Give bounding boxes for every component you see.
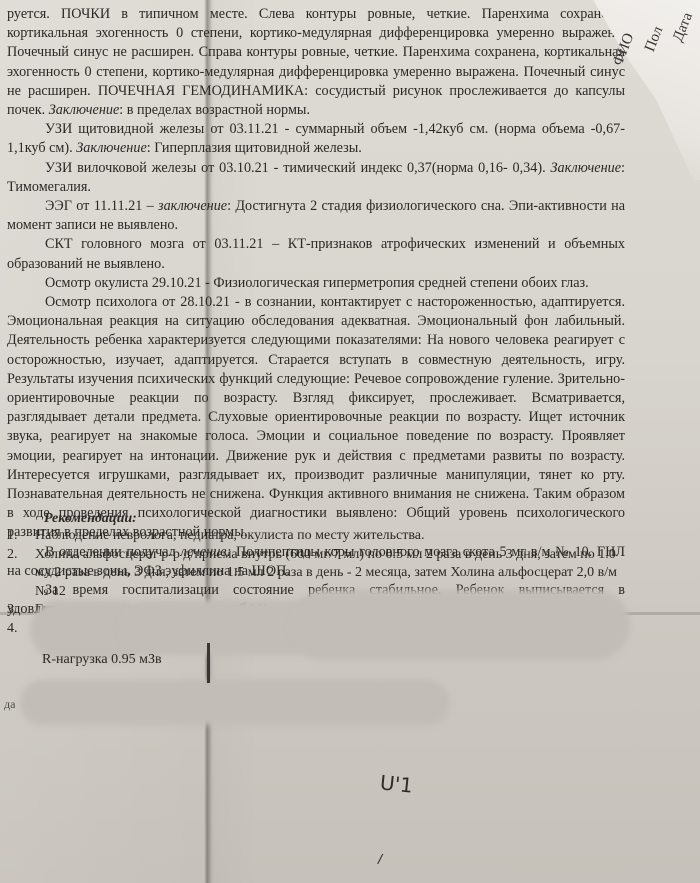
recommendation-number: 3. (7, 601, 35, 620)
pen-mark (207, 643, 210, 683)
handwritten-note: U'1 (379, 770, 414, 797)
paragraph-ophthalmologist: Осмотр окулиста 29.10.21 - Физиологическ… (7, 274, 625, 293)
radiation-load: R-нагрузка 0.95 мЗв (42, 652, 162, 668)
paragraph-text: УЗИ вилочковой железы от 03.10.21 - тими… (45, 160, 551, 176)
paragraph-text: СКТ головного мозга от 03.11.21 – КТ-при… (7, 236, 625, 271)
recommendation-number: 2. (7, 546, 35, 602)
flap-label-sex: Пол (642, 24, 667, 54)
flap-labels: ФИО Пол Дата (600, 4, 696, 64)
paragraph-text: : Гиперплазия щитовидной железы. (147, 140, 362, 156)
recommendation-item: 1.Наблюдение невролога, педиатра, окулис… (7, 527, 627, 546)
italic-label: заключение (158, 198, 227, 214)
paragraph-text: Осмотр психолога от 28.10.21 - в сознани… (7, 294, 625, 540)
recommendation-text: Наблюдение невролога, педиатра, окулиста… (35, 527, 627, 546)
recommendation-number: 1. (7, 527, 35, 546)
paragraph-eeg: ЭЭГ от 11.11.21 – заключение: Достигнута… (7, 197, 625, 235)
italic-label: Заключение (49, 102, 120, 118)
paragraph-text: ЭЭГ от 11.11.21 – (45, 198, 158, 214)
flap-label-fio: ФИО (610, 31, 638, 68)
redaction-blur (20, 680, 450, 725)
footer-fragment: да (4, 697, 15, 712)
paragraph-thymus: УЗИ вилочковой железы от 03.10.21 - тими… (7, 159, 625, 197)
paragraph-kidneys: руется. ПОЧКИ в типичном месте. Слева ко… (7, 5, 625, 120)
paragraph-psychologist: Осмотр психолога от 28.10.21 - в сознани… (7, 293, 625, 543)
paragraph-ct: СКТ головного мозга от 03.11.21 – КТ-при… (7, 235, 625, 273)
italic-label: Заключение (76, 140, 147, 156)
redaction-blur (290, 590, 630, 660)
paragraph-text: : в пределах возрастной нормы. (119, 102, 310, 118)
flap-label-date: Дата (670, 10, 697, 44)
paragraph-thyroid: УЗИ щитовидной железы от 03.11.21 - сумм… (7, 120, 625, 158)
paragraph-text: Осмотр окулиста 29.10.21 - Физиологическ… (45, 275, 589, 291)
recommendations-title: Рекомендации: (44, 511, 137, 527)
italic-label: Заключение (551, 160, 622, 176)
